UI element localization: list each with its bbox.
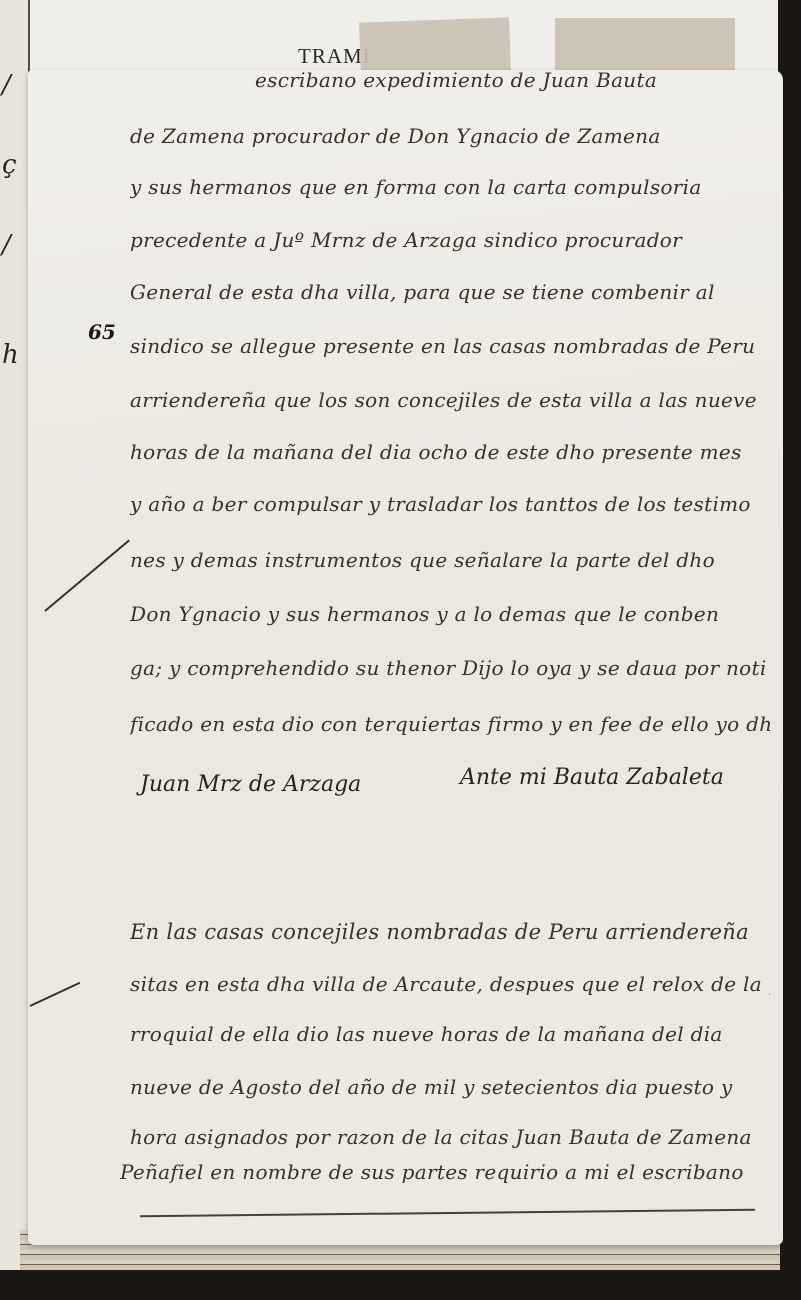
manuscript-line: y sus hermanos que en forma con la carta… — [130, 175, 770, 199]
manuscript-line: General de esta dha villa, para que se t… — [130, 280, 770, 304]
manuscript-line: y año a ber compulsar y trasladar los ta… — [130, 492, 770, 516]
manuscript-line: sitas en esta dha villa de Arcaute, desp… — [130, 972, 770, 996]
manuscript-line: Don Ygnacio y sus hermanos y a lo demas … — [130, 602, 770, 626]
manuscript-line: precedente a Juº Mrnz de Arzaga sindico … — [130, 228, 770, 252]
manuscript-line: de Zamena procurador de Don Ygnacio de Z… — [130, 124, 770, 148]
signature-left: Juan Mrz de Arzaga — [140, 772, 361, 797]
manuscript-line: Peñafiel en nombre de sus partes requiri… — [120, 1160, 760, 1184]
manuscript-line: arriendereña que los son concejiles de e… — [130, 388, 770, 412]
manuscript-line: ficado en esta dio con terquiertas firmo… — [130, 712, 770, 736]
manuscript-line: escribano expedimiento de Juan Bauta — [255, 68, 785, 92]
manuscript-line: nes y demas instrumentos que señalare la… — [130, 548, 770, 572]
manuscript-line: horas de la mañana del dia ocho de este … — [130, 440, 770, 464]
manuscript-line: rroquial de ella dio las nueve horas de … — [130, 1022, 770, 1046]
folio-number: 65 — [88, 320, 116, 344]
manuscript-line: sindico se allegue presente en las casas… — [130, 334, 770, 358]
manuscript-line: hora asignados por razon de la citas Jua… — [130, 1125, 770, 1149]
torn-paper-fragment — [555, 18, 735, 70]
manuscript-line: nueve de Agosto del año de mil y setecie… — [130, 1075, 770, 1099]
manuscript-line: En las casas concejiles nombradas de Per… — [130, 920, 770, 944]
signature-right: Ante mi Bauta Zabaleta — [460, 765, 724, 790]
manuscript-line: ga; y comprehendido su thenor Dijo lo oy… — [130, 656, 770, 680]
adjacent-page-edge: / ç / h — [0, 0, 30, 1270]
